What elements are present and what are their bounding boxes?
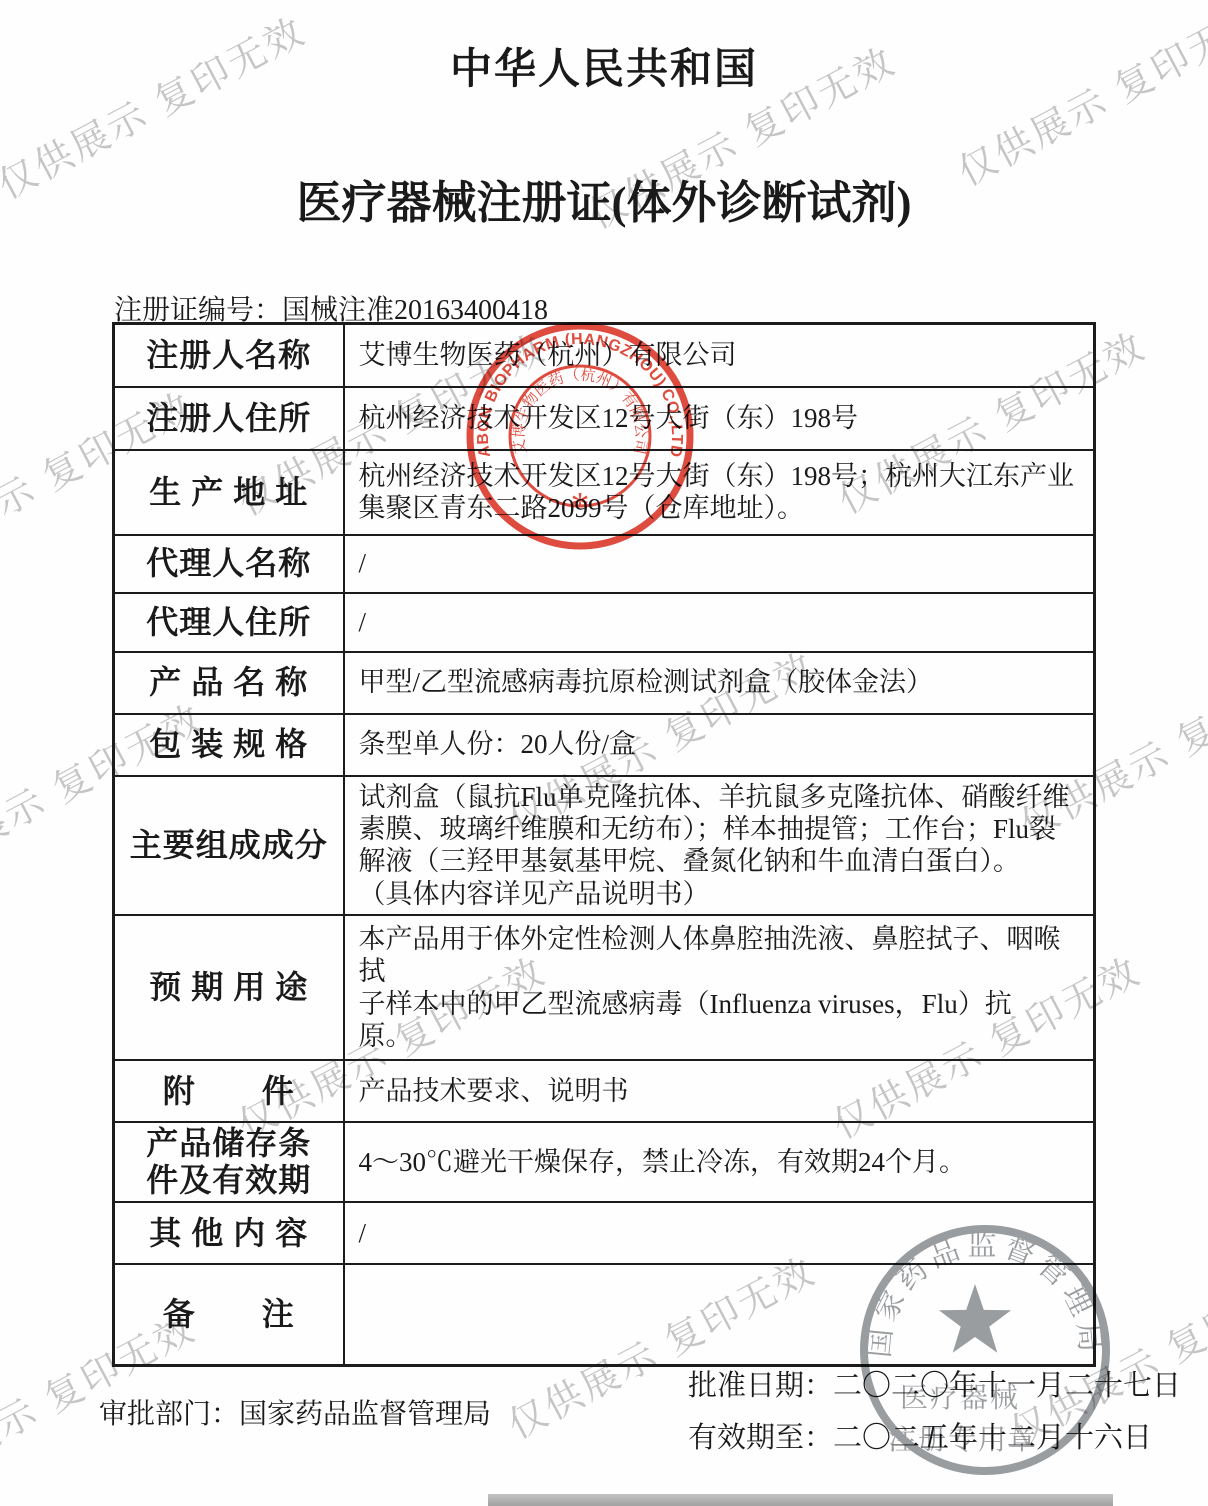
table-row: 注册人住所杭州经济技术开发区12号大街（东）198号 (114, 387, 1095, 450)
row-value: 杭州经济技术开发区12号大街（东）198号；杭州大江东产业 集聚区青东二路209… (344, 450, 1095, 535)
row-value: 试剂盒（鼠抗Flu单克隆抗体、羊抗鼠多克隆抗体、硝酸纤维 素膜、玻璃纤维膜和无纺… (344, 776, 1095, 916)
row-label: 生 产 地 址 (114, 450, 344, 535)
country-title: 中华人民共和国 (0, 36, 1208, 96)
approval-date-line: 批准日期：二〇二〇年十一月二十七日 (688, 1363, 1181, 1404)
certificate-document: 中华人民共和国 医疗器械注册证(体外诊断试剂) 注册证编号：国械注准201634… (0, 0, 1208, 1506)
row-label: 包 装 规 格 (114, 714, 344, 776)
valid-until-date: 二〇二五年十二月十六日 (833, 1422, 1152, 1454)
approval-date: 二〇二〇年十一月二十七日 (833, 1370, 1181, 1402)
table-row: 代理人住所/ (114, 593, 1095, 652)
row-label: 代理人住所 (114, 593, 344, 652)
row-label: 备 注 (114, 1264, 344, 1365)
row-value: / (344, 1202, 1095, 1264)
row-value: 4～30℃避光干燥保存，禁止冷冻，有效期24个月。 (344, 1122, 1095, 1202)
row-value (344, 1264, 1095, 1365)
row-label: 注册人住所 (114, 387, 344, 450)
table-row: 生 产 地 址杭州经济技术开发区12号大街（东）198号；杭州大江东产业 集聚区… (114, 450, 1095, 535)
table-row: 附 件产品技术要求、说明书 (114, 1060, 1095, 1122)
row-value: / (344, 593, 1095, 652)
row-label: 产 品 名 称 (114, 652, 344, 714)
certificate-page: 仅供展示 复印无效仅供展示 复印无效仅供展示 复印无效仅供展示 复印无效仅供展示… (0, 0, 1208, 1506)
table-row: 预 期 用 途本产品用于体外定性检测人体鼻腔抽洗液、鼻腔拭子、咽喉拭 子样本中的… (114, 915, 1095, 1060)
row-label: 其 他 内 容 (114, 1202, 344, 1264)
row-value: 艾博生物医药（杭州）有限公司 (344, 324, 1095, 387)
certificate-title: 医疗器械注册证(体外诊断试剂) (0, 166, 1208, 231)
row-value: / (344, 535, 1095, 593)
table-row: 代理人名称/ (114, 535, 1095, 593)
row-value: 本产品用于体外定性检测人体鼻腔抽洗液、鼻腔拭子、咽喉拭 子样本中的甲乙型流感病毒… (344, 915, 1095, 1060)
approval-department: 审批部门：国家药品监督管理局 (99, 1392, 491, 1432)
row-label: 附 件 (114, 1060, 344, 1122)
row-label: 代理人名称 (114, 535, 344, 593)
table-row: 产 品 名 称甲型/乙型流感病毒抗原检测试剂盒（胶体金法） (114, 652, 1095, 714)
table-row: 产品储存条 件及有效期4～30℃避光干燥保存，禁止冷冻，有效期24个月。 (114, 1122, 1095, 1202)
table-row: 主要组成成分试剂盒（鼠抗Flu单克隆抗体、羊抗鼠多克隆抗体、硝酸纤维 素膜、玻璃… (114, 776, 1095, 916)
valid-until-line: 有效期至：二〇二五年十二月十六日 (688, 1415, 1152, 1456)
table-row: 其 他 内 容/ (114, 1202, 1095, 1264)
row-label: 注册人名称 (114, 324, 344, 387)
table-row: 备 注 (114, 1264, 1095, 1365)
row-label: 产品储存条 件及有效期 (114, 1122, 344, 1202)
scan-artifact-bar (488, 1494, 1113, 1506)
certificate-table: 注册人名称艾博生物医药（杭州）有限公司注册人住所杭州经济技术开发区12号大街（东… (112, 322, 1096, 1367)
row-label: 主要组成成分 (114, 776, 344, 916)
table-row: 包 装 规 格条型单人份：20人份/盒 (114, 714, 1095, 776)
approval-date-label: 批准日期： (688, 1370, 833, 1402)
row-value: 杭州经济技术开发区12号大街（东）198号 (344, 387, 1095, 450)
table-row: 注册人名称艾博生物医药（杭州）有限公司 (114, 324, 1095, 387)
cert-table-body: 注册人名称艾博生物医药（杭州）有限公司注册人住所杭州经济技术开发区12号大街（东… (114, 324, 1095, 1366)
row-value: 甲型/乙型流感病毒抗原检测试剂盒（胶体金法） (344, 652, 1095, 714)
row-label: 预 期 用 途 (114, 915, 344, 1060)
valid-until-label: 有效期至： (688, 1422, 833, 1454)
row-value: 条型单人份：20人份/盒 (344, 714, 1095, 776)
row-value: 产品技术要求、说明书 (344, 1060, 1095, 1122)
